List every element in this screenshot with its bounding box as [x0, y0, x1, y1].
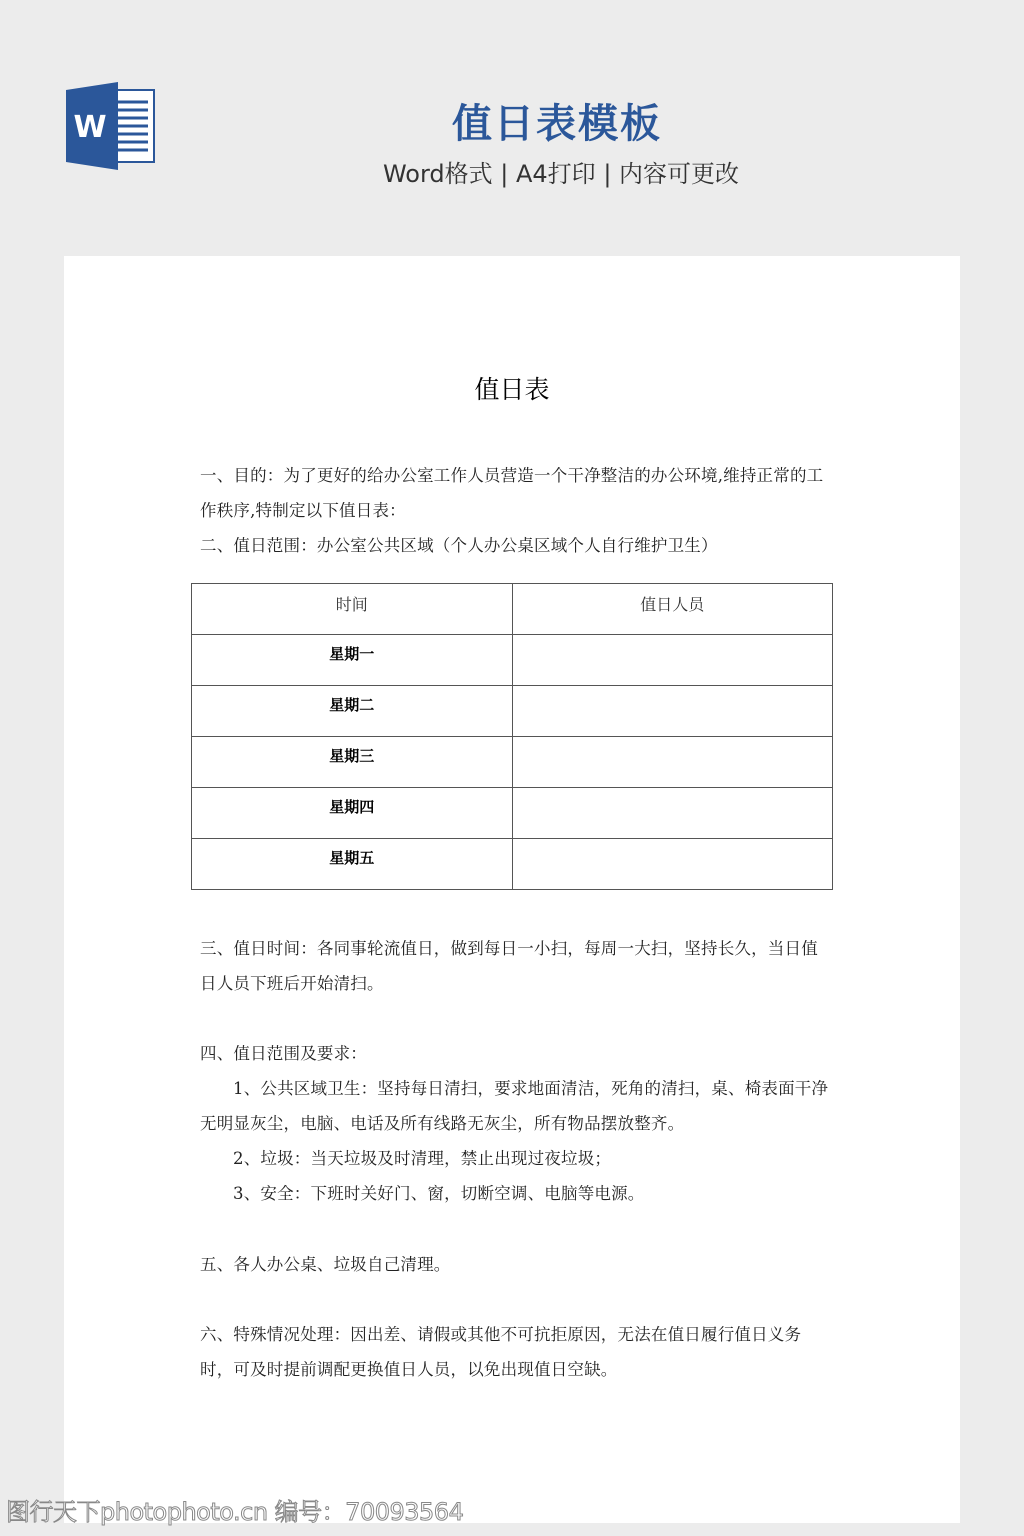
- section-requirements-heading: 四、值日范围及要求：: [200, 1036, 832, 1071]
- header-time: 时间: [192, 584, 513, 635]
- staff-cell[interactable]: [512, 788, 833, 839]
- day-cell: 星期三: [192, 737, 513, 788]
- requirement-item: 1、公共区域卫生：坚持每日清扫，要求地面清洁，死角的清扫，桌、椅表面干净无明显灰…: [200, 1071, 832, 1141]
- table-row: 星期五: [192, 839, 833, 890]
- staff-cell[interactable]: [512, 839, 833, 890]
- section-time: 三、值日时间：各同事轮流值日，做到每日一小扫，每周一大扫，坚持长久，当日值日人员…: [200, 931, 832, 1001]
- section-desk: 五、各人办公桌、垃圾自己清理。: [200, 1247, 832, 1282]
- staff-cell[interactable]: [512, 686, 833, 737]
- section-purpose: 一、目的：为了更好的给办公室工作人员营造一个干净整洁的办公环境,维持正常的工作秩…: [200, 458, 832, 528]
- table-row: 星期三: [192, 737, 833, 788]
- watermark: 图行天下photophoto.cn 编号：70093564: [6, 1492, 463, 1527]
- day-cell: 星期五: [192, 839, 513, 890]
- day-cell: 星期一: [192, 635, 513, 686]
- header-staff: 值日人员: [512, 584, 833, 635]
- section-scope: 二、值日范围：办公室公共区域（个人办公桌区域个人自行维护卫生）: [200, 528, 832, 563]
- staff-cell[interactable]: [512, 737, 833, 788]
- table-row: 星期四: [192, 788, 833, 839]
- requirement-item: 2、垃圾：当天垃圾及时清理，禁止出现过夜垃圾；: [200, 1141, 832, 1176]
- day-cell: 星期二: [192, 686, 513, 737]
- requirement-item: 3、安全：下班时关好门、窗，切断空调、电脑等电源。: [200, 1176, 832, 1211]
- section-special: 六、特殊情况处理：因出差、请假或其他不可抗拒原因，无法在值日履行值日义务时，可及…: [200, 1317, 832, 1387]
- table-row: 星期一: [192, 635, 833, 686]
- table-row: 星期二: [192, 686, 833, 737]
- header-title: 值日表模板: [0, 92, 1024, 149]
- table-header-row: 时间 值日人员: [192, 584, 833, 635]
- document-title: 值日表: [64, 370, 960, 406]
- document-page: 值日表 一、目的：为了更好的给办公室工作人员营造一个干净整洁的办公环境,维持正常…: [64, 256, 960, 1523]
- duty-table: 时间 值日人员 星期一 星期二 星期三 星期四 星期五: [191, 583, 833, 890]
- day-cell: 星期四: [192, 788, 513, 839]
- header-subtitle: Word格式 | A4打印 | 内容可更改: [0, 154, 1024, 189]
- staff-cell[interactable]: [512, 635, 833, 686]
